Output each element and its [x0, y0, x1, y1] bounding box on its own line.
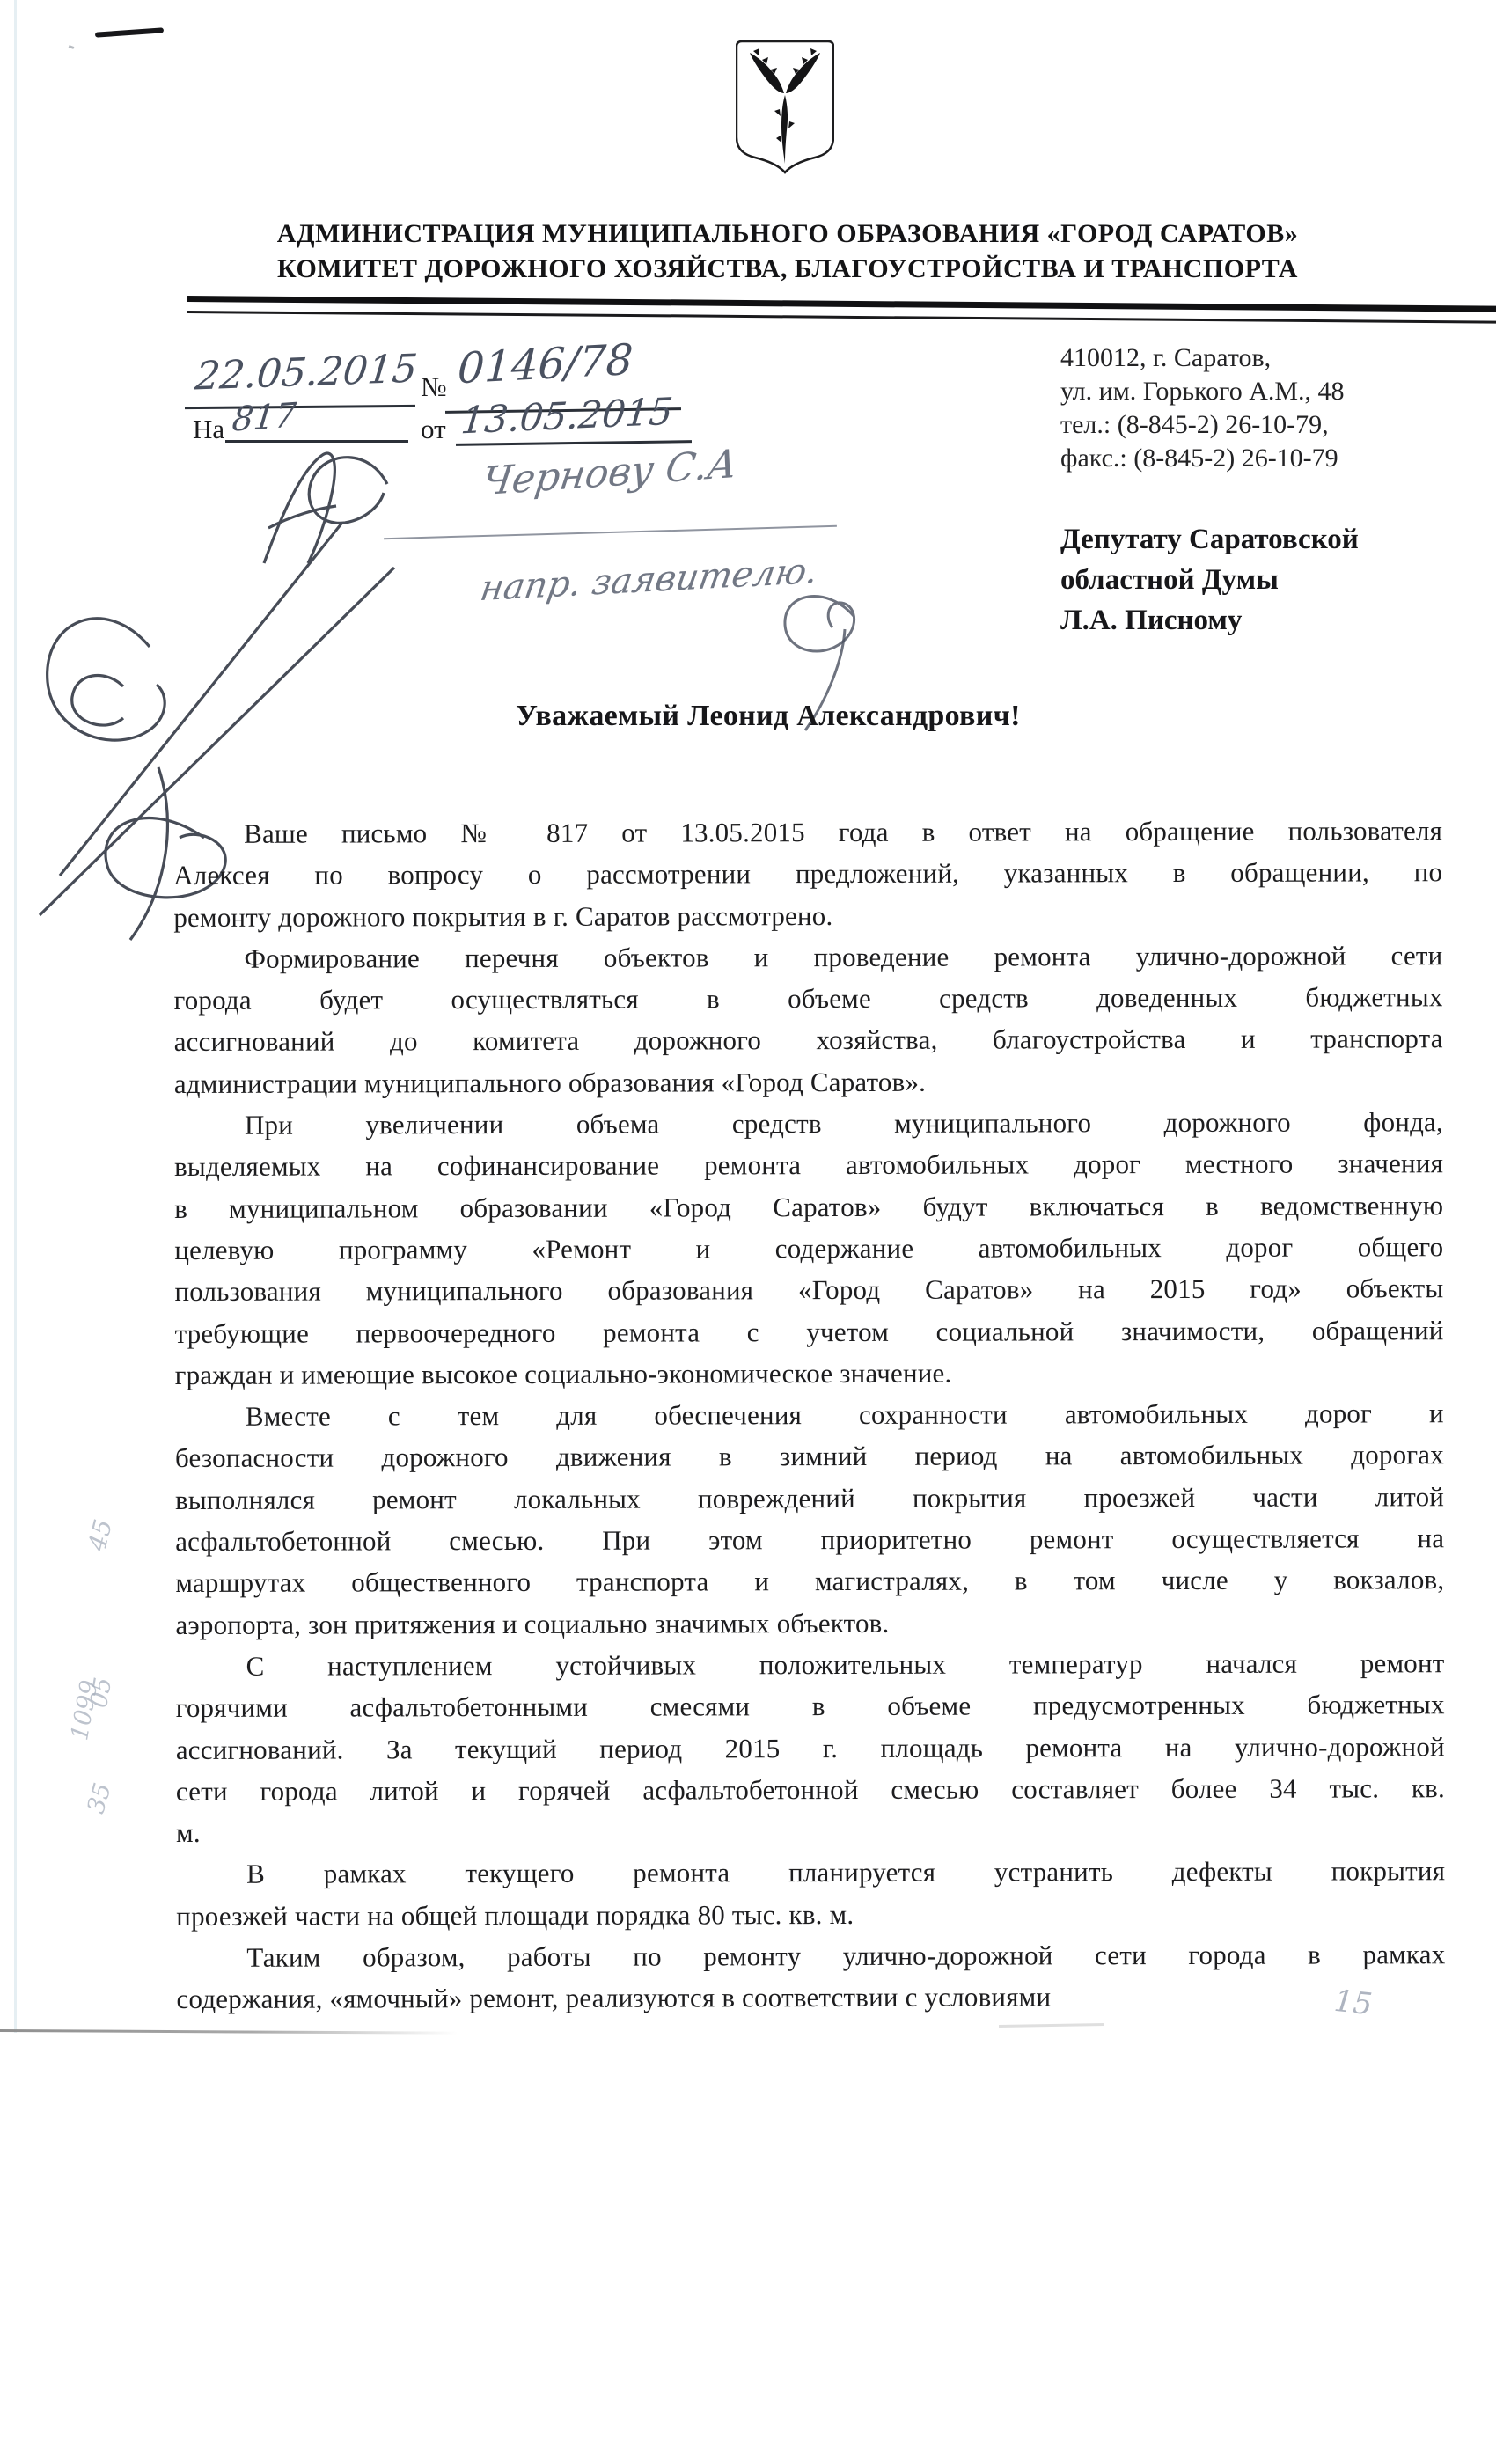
body-line: С наступлением устойчивых положительных … — [175, 1642, 1444, 1687]
body-line: сети города литой и горячей асфальтобето… — [176, 1767, 1445, 1812]
body-line: ассигнований до комитета дорожного хозяй… — [174, 1018, 1443, 1063]
body-line: выделяемых на софинансирование ремонта а… — [174, 1143, 1443, 1188]
letterhead: АДМИНИСТРАЦИЯ МУНИЦИПАЛЬНОГО ОБРАЗОВАНИЯ… — [194, 216, 1382, 287]
ot-label: от — [421, 414, 446, 445]
body-line: администрации муниципального образования… — [174, 1060, 1443, 1104]
body-paragraph: С наступлением устойчивых положительных … — [175, 1642, 1445, 1853]
body-line: ассигнований. За текущий период 2015 г. … — [176, 1726, 1445, 1771]
body-line: целевую программу «Ремонт и содержание а… — [174, 1226, 1443, 1271]
body-line: пользования муниципального образования «… — [174, 1267, 1443, 1312]
body-line: Вместе с тем для обеспечения сохранности… — [175, 1392, 1444, 1437]
letterhead-rule-thick — [187, 296, 1496, 312]
sender-address-block: 410012, г. Саратов, ул. им. Горького А.М… — [1060, 341, 1345, 475]
body-line: содержания, «ямочный» ремонт, реализуютс… — [176, 1976, 1445, 2020]
address-line: тел.: (8-845-2) 26-10-79, — [1060, 408, 1345, 442]
outgoing-date-underline — [185, 405, 415, 409]
letterhead-line2: КОМИТЕТ ДОРОЖНОГО ХОЗЯЙСТВА, БЛАГОУСТРОЙ… — [194, 252, 1382, 287]
body-line: Алексея по вопросу о рассмотрении предло… — [173, 852, 1442, 897]
body-line: асфальтобетонной смесью. При этом приори… — [175, 1517, 1444, 1562]
body-paragraph: Вместе с тем для обеспечения сохранности… — [175, 1392, 1445, 1646]
body-line: граждан и имеющие высокое социально-экон… — [175, 1351, 1444, 1396]
body-line: горячими асфальтобетонными смесями в объ… — [176, 1683, 1445, 1728]
body-line: При увеличении объема средств муниципаль… — [174, 1101, 1443, 1146]
salutation: Уважаемый Леонид Александрович! — [516, 700, 1021, 733]
recipient-block: Депутату Саратовской областной Думы Л.А.… — [1060, 519, 1359, 641]
recipient-line: Л.А. Писному — [1060, 600, 1359, 641]
resolution-note-underline — [384, 525, 837, 539]
pen-dot — [69, 45, 75, 49]
body-line: В рамках текущего ремонта планируется ус… — [176, 1851, 1445, 1896]
address-line: факс.: (8-845-2) 26-10-79 — [1060, 442, 1345, 475]
body-line: м. — [176, 1808, 1445, 1853]
pen-stroke-top-left — [95, 27, 164, 37]
body-paragraph: Таким образом, работы по ремонту улично-… — [176, 1933, 1445, 2020]
body-paragraph: Ваше письмо № 817 от 13.05.2015 года в о… — [173, 810, 1442, 938]
scanned-letter-page: АДМИНИСТРАЦИЯ МУНИЦИПАЛЬНОГО ОБРАЗОВАНИЯ… — [0, 0, 1496, 2464]
body-paragraph: В рамках текущего ремонта планируется ус… — [176, 1851, 1445, 1937]
scan-smudge — [999, 2023, 1104, 2028]
letterhead-rule-thin — [187, 311, 1496, 324]
body-line: ремонту дорожного покрытия в г. Саратов … — [173, 893, 1442, 938]
letterhead-line1: АДМИНИСТРАЦИЯ МУНИЦИПАЛЬНОГО ОБРАЗОВАНИЯ… — [194, 216, 1382, 252]
incoming-date-handwritten: 13.05.2015 — [459, 390, 675, 443]
outgoing-date-handwritten: 22.05.2015 — [193, 346, 419, 399]
recipient-line: Депутату Саратовской — [1060, 519, 1359, 560]
address-line: ул. им. Горького А.М., 48 — [1060, 375, 1345, 408]
margin-pencil-mark-1: 45 — [82, 1516, 118, 1554]
letter-body: Ваше письмо № 817 от 13.05.2015 года в о… — [173, 810, 1446, 2020]
body-paragraph: Формирование перечня объектов и проведен… — [173, 935, 1442, 1104]
body-line: Ваше письмо № 817 от 13.05.2015 года в о… — [173, 810, 1442, 854]
recipient-line: областной Думы — [1060, 560, 1359, 600]
incoming-date-underline — [456, 440, 692, 446]
scan-paper-bottom-edge — [0, 2029, 458, 2035]
body-line: города будет осуществляться в объеме сре… — [173, 976, 1442, 1021]
resolution-note-1-handwritten: Чернову С.А — [480, 442, 740, 505]
body-line: выполнялся ремонт локальных повреждений … — [175, 1476, 1444, 1521]
margin-pencil-mark-4: 35 — [83, 1780, 117, 1817]
body-line: Формирование перечня объектов и проведен… — [173, 935, 1442, 979]
body-line: проезжей части на общей площади порядка … — [176, 1892, 1445, 1937]
body-line: безопасности дорожного движения в зимний… — [175, 1434, 1444, 1479]
outgoing-number-handwritten: 0146/78 — [457, 335, 634, 394]
no-label: № — [421, 371, 447, 403]
body-line: в муниципальном образовании «Город Сарат… — [174, 1184, 1443, 1229]
body-line: аэропорта, зон притяжения и социально зн… — [175, 1601, 1444, 1646]
body-paragraph: При увеличении объема средств муниципаль… — [174, 1101, 1444, 1396]
body-line: требующие первоочередного ремонта с учет… — [174, 1309, 1443, 1354]
body-line: Таким образом, работы по ремонту улично-… — [176, 1933, 1445, 1978]
margin-pencil-mark-3: 05 — [85, 1676, 117, 1710]
saratov-crest-icon — [736, 40, 834, 174]
address-line: 410012, г. Саратов, — [1060, 341, 1345, 375]
scan-edge-vertical-line — [14, 0, 17, 2033]
body-line: маршрутах общественного транспорта и маг… — [175, 1559, 1444, 1604]
